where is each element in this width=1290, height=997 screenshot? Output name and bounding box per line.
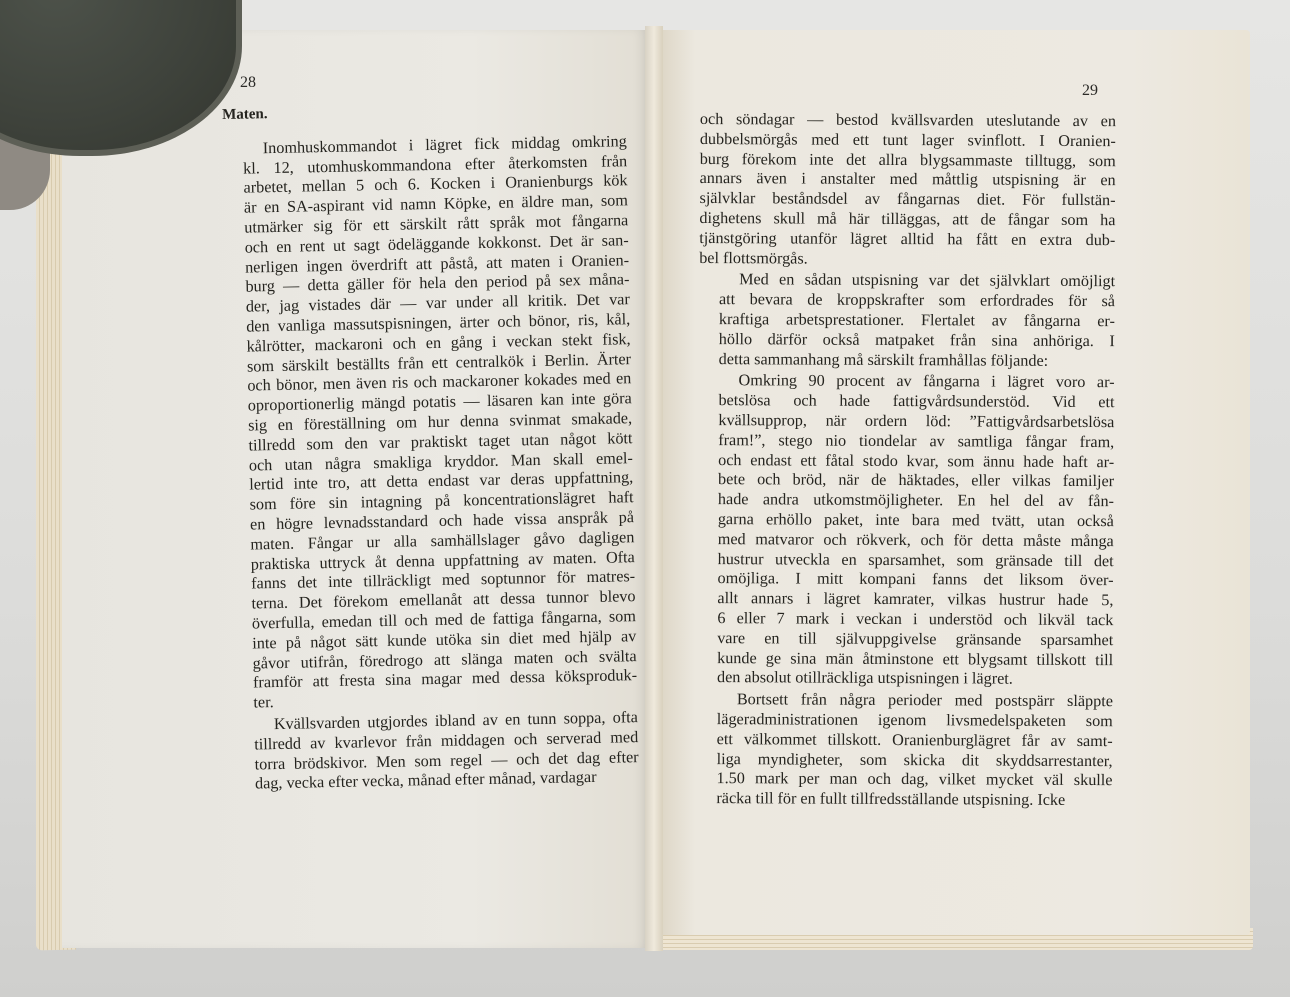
text-line: och endast ett fåtal stodo kvar, som änn… bbox=[698, 451, 1114, 473]
text-line: annars även i anstalter med måttlig utsp… bbox=[700, 169, 1116, 191]
text-line: självklar beståndsdel av fångarnas diet.… bbox=[699, 189, 1115, 211]
paragraph: och söndagar — bestod kvällsvarden utesl… bbox=[699, 110, 1116, 271]
text-line: dighetens skull må här tilläggas, att de… bbox=[699, 209, 1115, 231]
paragraph: Kvällsvarden utgjordes ibland av en tunn… bbox=[234, 708, 639, 795]
text-line: omöjliga. I mitt kompani fanns det likso… bbox=[697, 569, 1113, 591]
text-line: kraftiga arbetsprestationer. Flertalet a… bbox=[699, 310, 1115, 332]
paragraph: Bortsett från några perioder med postspä… bbox=[696, 690, 1113, 811]
text-line: höllo därför också matpaket från sina an… bbox=[699, 330, 1115, 352]
page-number-left: 28 bbox=[240, 74, 256, 92]
text-line: hustrur utveckla en sparsamhet, som grän… bbox=[698, 550, 1114, 572]
right-paragraphs: och söndagar — bestod kvällsvarden utesl… bbox=[696, 110, 1116, 811]
text-line: betslösa och hade fattigvårdsunderstöd. … bbox=[698, 391, 1114, 413]
text-line: garna erhöllo paket, inte bara med tvätt… bbox=[698, 510, 1114, 532]
text-line: vare en till självuppgivelse gränsande s… bbox=[697, 629, 1113, 651]
text-line: allt annars i lägret kamrater, vilkas hu… bbox=[697, 589, 1113, 611]
text-line: Bortsett från några perioder med postspä… bbox=[697, 690, 1113, 712]
book-photo-scene: 28 29 Maten. Inomhuskommandot i lägret f… bbox=[0, 0, 1290, 997]
text-line: detta sammanhang må särskilt framhållas … bbox=[699, 350, 1115, 372]
book-gutter bbox=[645, 26, 663, 951]
text-line: bel flottsmörgås. bbox=[699, 249, 1115, 271]
right-page-text: och söndagar — bestod kvällsvarden utesl… bbox=[696, 110, 1116, 813]
text-line: den absolut otillräckliga utspisningen i… bbox=[697, 668, 1113, 690]
text-line: räcka till för en fullt tillfredsställan… bbox=[696, 789, 1112, 811]
text-line: 1.50 mark per man och dag, vilket mycket… bbox=[696, 769, 1112, 791]
paragraph: Omkring 90 procent av fångarna i lägret … bbox=[697, 371, 1115, 690]
text-line: ett välkommet tillskott. Oranienburglägr… bbox=[697, 730, 1113, 752]
page-number-right: 29 bbox=[1082, 82, 1098, 100]
paragraph: Med en sådan utspisning var det självkla… bbox=[699, 270, 1116, 371]
text-line: och söndagar — bestod kvällsvarden utesl… bbox=[700, 110, 1116, 132]
text-line: tjänstgöring utanför lägret alltid ha få… bbox=[699, 229, 1115, 251]
text-line: hade andra utkomstmöjligheter. En hel de… bbox=[698, 490, 1114, 512]
text-line: 6 eller 7 mark i veckan i understöd och … bbox=[697, 609, 1113, 631]
text-line: bete och bröd, när de häktades, eller vi… bbox=[698, 470, 1114, 492]
text-line: kunde ge sina män åtminstone ett blygsam… bbox=[697, 649, 1113, 671]
paragraph: Inomhuskommandot i lägret fick middag om… bbox=[223, 132, 638, 714]
left-page-text: Maten. Inomhuskommandot i lägret fick mi… bbox=[222, 98, 639, 797]
text-line: kvällsupprop, när ordern löd: ”Fattigvår… bbox=[698, 411, 1114, 433]
text-line: med matvaror och rökverk, och för detta … bbox=[698, 530, 1114, 552]
text-line: att bevara de kroppskrafter som erfordra… bbox=[699, 290, 1115, 312]
text-line: Med en sådan utspisning var det självkla… bbox=[699, 270, 1115, 292]
text-line: fram!”, stego nio tiondelar av samtliga … bbox=[698, 431, 1114, 453]
text-line: liga myndigheter, som skicka dit skyddsa… bbox=[697, 749, 1113, 771]
text-line: Omkring 90 procent av fångarna i lägret … bbox=[699, 371, 1115, 393]
left-paragraphs: Inomhuskommandot i lägret fick middag om… bbox=[223, 132, 640, 795]
text-line: burg förekom inte det allra blygsammaste… bbox=[700, 150, 1116, 172]
text-line: lägeradministrationen igenom livsmedelsp… bbox=[697, 710, 1113, 732]
text-line: dubbelsmörgås med ett tunt lager svinflo… bbox=[700, 130, 1116, 152]
